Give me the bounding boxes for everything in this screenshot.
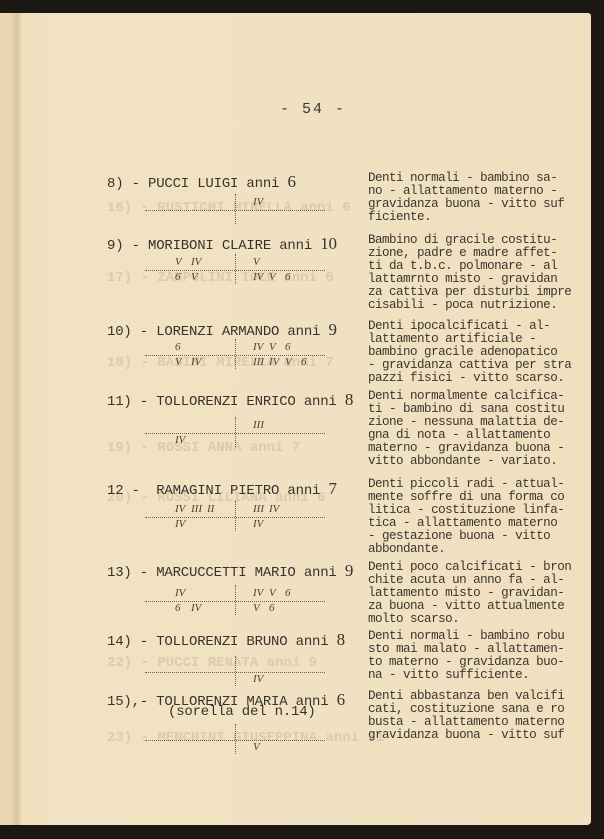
tooth-mark: IV <box>269 503 279 515</box>
tooth-mark: IV <box>253 196 263 208</box>
tooth-mark: 6 <box>175 341 181 353</box>
dental-chart: IVIIIIIIIIIVIVIV <box>145 497 355 537</box>
entry-name: 13) - MARCUCCETTI MARIO anni 9 <box>107 561 353 581</box>
tooth-mark: V <box>175 356 182 368</box>
patient-age: 6 <box>337 690 345 709</box>
patient-age: 8 <box>337 630 345 649</box>
tooth-mark: V <box>175 256 182 268</box>
dental-chart: 6IVV6VIVIIIIVV6 <box>145 335 355 375</box>
tooth-mark: IV <box>253 673 263 685</box>
entry-description: Denti normali - bambino sa- no - allatta… <box>368 172 593 224</box>
tooth-mark: IV <box>253 587 263 599</box>
patient-label: 11) - TOLLORENZI ENRICO anni <box>107 394 345 410</box>
chart-vertical-line <box>235 339 236 369</box>
tooth-mark: IV <box>191 602 201 614</box>
tooth-mark: 6 <box>301 356 307 368</box>
chart-vertical-line <box>235 724 236 754</box>
tooth-mark: III <box>253 419 264 431</box>
tooth-mark: IV <box>253 341 263 353</box>
dental-chart: VIVV6VIVV6 <box>145 250 355 290</box>
dental-chart: IV <box>145 190 355 230</box>
tooth-mark: IV <box>175 518 185 530</box>
chart-vertical-line <box>235 194 236 224</box>
tooth-mark: IV <box>253 518 263 530</box>
chart-vertical-line <box>235 501 236 531</box>
entry-name: 11) - TOLLORENZI ENRICO anni 8 <box>107 390 353 410</box>
dental-chart: IVIVV66IVV6 <box>145 581 355 621</box>
tooth-mark: III <box>191 503 202 515</box>
tooth-mark: 6 <box>285 341 291 353</box>
tooth-mark: IV <box>191 256 201 268</box>
tooth-mark: III <box>253 356 264 368</box>
dental-chart: IIIIV <box>145 413 355 453</box>
patient-age: 9 <box>345 561 353 580</box>
tooth-mark: IV <box>175 503 185 515</box>
patient-age: 7 <box>328 479 336 498</box>
tooth-mark: V <box>269 587 276 599</box>
entry-description: Denti normalmente calcifica- ti - bambin… <box>368 390 593 468</box>
entry-note: (sorella del n.14) <box>168 704 316 720</box>
tooth-mark: V <box>253 602 260 614</box>
patient-label: 13) - MARCUCCETTI MARIO anni <box>107 565 345 581</box>
tooth-mark: 6 <box>175 271 181 283</box>
tooth-mark: IV <box>253 271 263 283</box>
dental-chart: IV <box>145 652 355 692</box>
tooth-mark: 6 <box>285 587 291 599</box>
tooth-mark: V <box>285 356 292 368</box>
dental-chart: V <box>145 720 355 760</box>
entry-name: 12 - RAMAGINI PIETRO anni 7 <box>107 479 337 499</box>
entry-description: Denti ipocalcificati - al- lattamento ar… <box>368 320 593 385</box>
tooth-mark: II <box>207 503 214 515</box>
tooth-mark: V <box>269 341 276 353</box>
tooth-mark: V <box>269 271 276 283</box>
tooth-mark: 6 <box>285 271 291 283</box>
patient-age: 8 <box>345 390 353 409</box>
tooth-mark: III <box>253 503 264 515</box>
entry-name: 14) - TOLLORENZI BRUNO anni 8 <box>107 630 345 650</box>
chart-vertical-line <box>235 656 236 686</box>
entry-description: Denti abbastanza ben valcifi cati, costi… <box>368 690 593 742</box>
entry-description: Denti normali - bambino robu sto mai mal… <box>368 630 593 682</box>
entry-description: Denti piccoli radi - attual- mente soffr… <box>368 478 593 556</box>
chart-vertical-line <box>235 585 236 615</box>
tooth-mark: IV <box>269 356 279 368</box>
tooth-mark: 6 <box>175 602 181 614</box>
tooth-mark: V <box>191 271 198 283</box>
page-number: - 54 - <box>280 101 346 118</box>
entry-description: Denti poco calcificati - bron chite acut… <box>368 561 593 626</box>
patient-age: 6 <box>287 172 295 191</box>
entry-description: Bambino di gracile costitu- zione, padre… <box>368 234 593 312</box>
tooth-mark: V <box>253 256 260 268</box>
tooth-mark: V <box>253 741 260 753</box>
patient-label: 14) - TOLLORENZI BRUNO anni <box>107 634 337 650</box>
chart-vertical-line <box>235 417 236 447</box>
tooth-mark: 6 <box>269 602 275 614</box>
tooth-mark: IV <box>175 434 185 446</box>
tooth-mark: IV <box>191 356 201 368</box>
entry-name: 8) - PUCCI LUIGI anni 6 <box>107 172 296 192</box>
tooth-mark: IV <box>175 587 185 599</box>
chart-vertical-line <box>235 254 236 284</box>
